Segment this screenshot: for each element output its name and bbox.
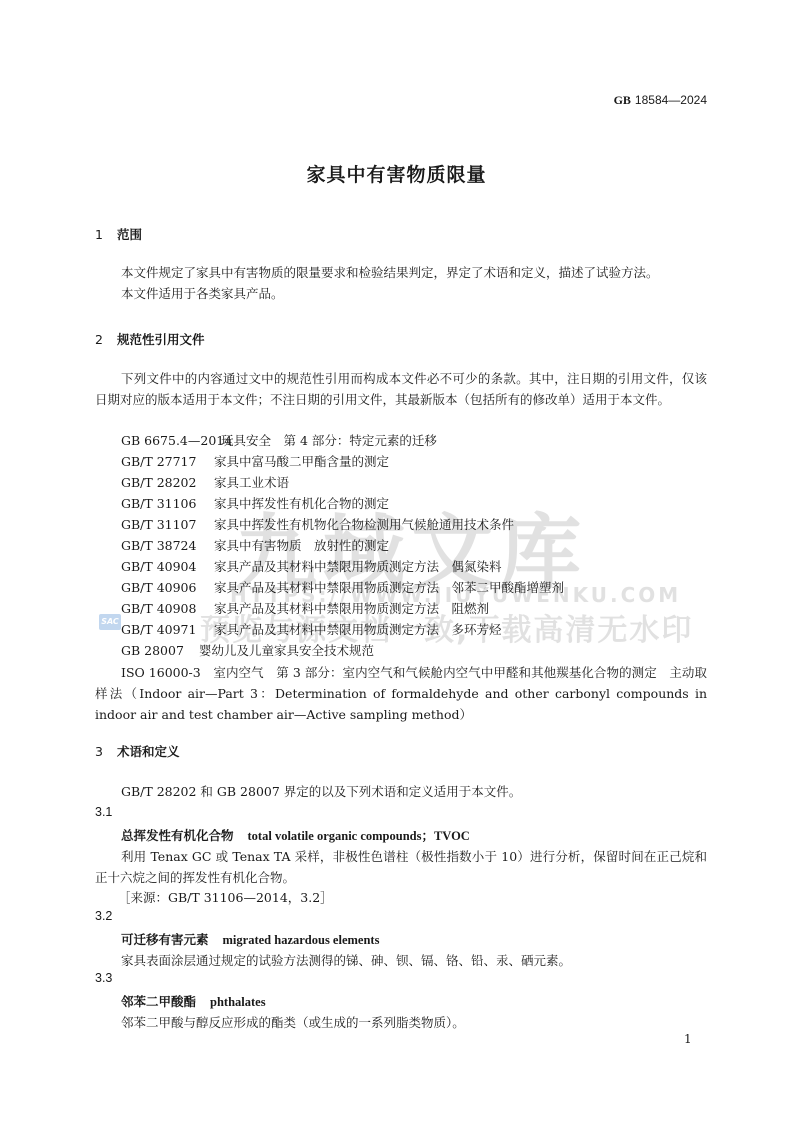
term-definition: 家具表面涂层通过规定的试验方法测得的锑、砷、钡、镉、铬、铅、汞、硒元素。 (95, 950, 707, 971)
reference-code: GB/T 38724 (121, 538, 214, 553)
reference-code: GB/T 31107 (121, 517, 214, 532)
term-definition: 利用 Tenax GC 或 Tenax TA 采样，非极性色谱柱（极性指数小于 … (95, 846, 707, 888)
reference-code: GB/T 28202 (121, 475, 214, 490)
reference-title: 玩具安全 第 4 部分：特定元素的迁移 (221, 433, 437, 448)
reference-title: 家具中挥发性有机物化合物检测用气候舱通用技术条件 (214, 517, 514, 532)
reference-code: GB/T 31106 (121, 496, 214, 511)
document-title: 家具中有害物质限量 (0, 160, 793, 187)
reference-item: GB/T 28202家具工业术语 (121, 473, 289, 491)
standard-code: 18584—2024 (635, 93, 707, 107)
term-en: phthalates (210, 995, 266, 1009)
paragraph: 下列文件中的内容通过文中的规范性引用而构成本文件必不可少的条款。其中，注日期的引… (95, 368, 707, 410)
term-heading: 总挥发性有机化合物total volatile organic compound… (121, 826, 470, 844)
reference-item: GB/T 27717家具中富马酸二甲酯含量的测定 (121, 452, 389, 470)
reference-title: 家具中挥发性有机化合物的测定 (214, 496, 389, 511)
term-heading: 可迁移有害元素migrated hazardous elements (121, 930, 379, 948)
reference-item: GB/T 31106家具中挥发性有机化合物的测定 (121, 494, 389, 512)
term-zh: 总挥发性有机化合物 (121, 828, 234, 843)
term-number: 3.1 (95, 805, 112, 819)
reference-title: 家具中富马酸二甲酯含量的测定 (214, 454, 389, 469)
reference-title: 家具产品及其材料中禁限用物质测定方法 邻苯二甲酸酯增塑剂 (214, 580, 564, 595)
term-number: 3.3 (95, 971, 112, 985)
reference-item: GB/T 40906家具产品及其材料中禁限用物质测定方法 邻苯二甲酸酯增塑剂 (121, 578, 564, 596)
page-number: 1 (684, 1032, 692, 1046)
standard-number: GB18584—2024 (614, 93, 707, 108)
reference-item: GB/T 40904家具产品及其材料中禁限用物质测定方法 偶氮染料 (121, 557, 502, 575)
iso-reference: ISO 16000-3 室内空气 第 3 部分：室内空气和气候舱内空气中甲醛和其… (95, 662, 707, 725)
term-en: total volatile organic compounds；TVOC (248, 829, 470, 843)
reference-code: GB/T 40904 (121, 559, 214, 574)
reference-title: 家具工业术语 (214, 475, 289, 490)
term-number: 3.2 (95, 909, 112, 923)
reference-code: GB 28007 (121, 643, 199, 658)
reference-item: GB/T 40971家具产品及其材料中禁限用物质测定方法 多环芳烃 (121, 620, 502, 638)
section-title: 规范性引用文件 (117, 332, 205, 347)
reference-item: GB/T 38724家具中有害物质 放射性的测定 (121, 536, 389, 554)
term-source: ［来源：GB/T 31106—2014，3.2］ (118, 888, 333, 906)
reference-code: GB 6675.4—2014 (121, 433, 221, 448)
term-zh: 可迁移有害元素 (121, 932, 209, 947)
section-title: 范围 (117, 227, 142, 242)
reference-title: 家具产品及其材料中禁限用物质测定方法 多环芳烃 (214, 622, 502, 637)
section-3-heading: 3术语和定义 (95, 742, 180, 760)
reference-item: GB 6675.4—2014玩具安全 第 4 部分：特定元素的迁移 (121, 431, 437, 449)
term-en: migrated hazardous elements (223, 933, 380, 947)
term-definition: 邻苯二甲酸与醇反应形成的酯类（或生成的一系列脂类物质）。 (95, 1012, 707, 1033)
reference-code: GB/T 27717 (121, 454, 214, 469)
paragraph: 本文件规定了家具中有害物质的限量要求和检验结果判定，界定了术语和定义，描述了试验… (95, 262, 707, 283)
reference-code: GB/T 40908 (121, 601, 214, 616)
term-heading: 邻苯二甲酸酯phthalates (121, 992, 266, 1010)
section-number: 1 (95, 227, 117, 242)
section-1-heading: 1范围 (95, 225, 142, 243)
reference-item: GB/T 40908家具产品及其材料中禁限用物质测定方法 阻燃剂 (121, 599, 489, 617)
reference-title: 家具中有害物质 放射性的测定 (214, 538, 389, 553)
paragraph: GB/T 28202 和 GB 28007 界定的以及下列术语和定义适用于本文件… (95, 781, 707, 802)
standard-prefix: GB (614, 93, 631, 107)
reference-code: GB/T 40971 (121, 622, 214, 637)
reference-item: GB/T 31107家具中挥发性有机物化合物检测用气候舱通用技术条件 (121, 515, 514, 533)
section-number: 2 (95, 332, 117, 347)
section-title: 术语和定义 (117, 744, 180, 759)
term-zh: 邻苯二甲酸酯 (121, 994, 196, 1009)
paragraph: 本文件适用于各类家具产品。 (95, 283, 707, 304)
section-2-heading: 2规范性引用文件 (95, 330, 205, 348)
reference-title: 家具产品及其材料中禁限用物质测定方法 偶氮染料 (214, 559, 502, 574)
sac-logo-icon: SAC (99, 614, 121, 630)
reference-title: 家具产品及其材料中禁限用物质测定方法 阻燃剂 (214, 601, 489, 616)
reference-title: 婴幼儿及儿童家具安全技术规范 (199, 643, 374, 658)
reference-code: GB/T 40906 (121, 580, 214, 595)
reference-item: GB 28007婴幼儿及儿童家具安全技术规范 (121, 641, 374, 659)
section-number: 3 (95, 744, 117, 759)
